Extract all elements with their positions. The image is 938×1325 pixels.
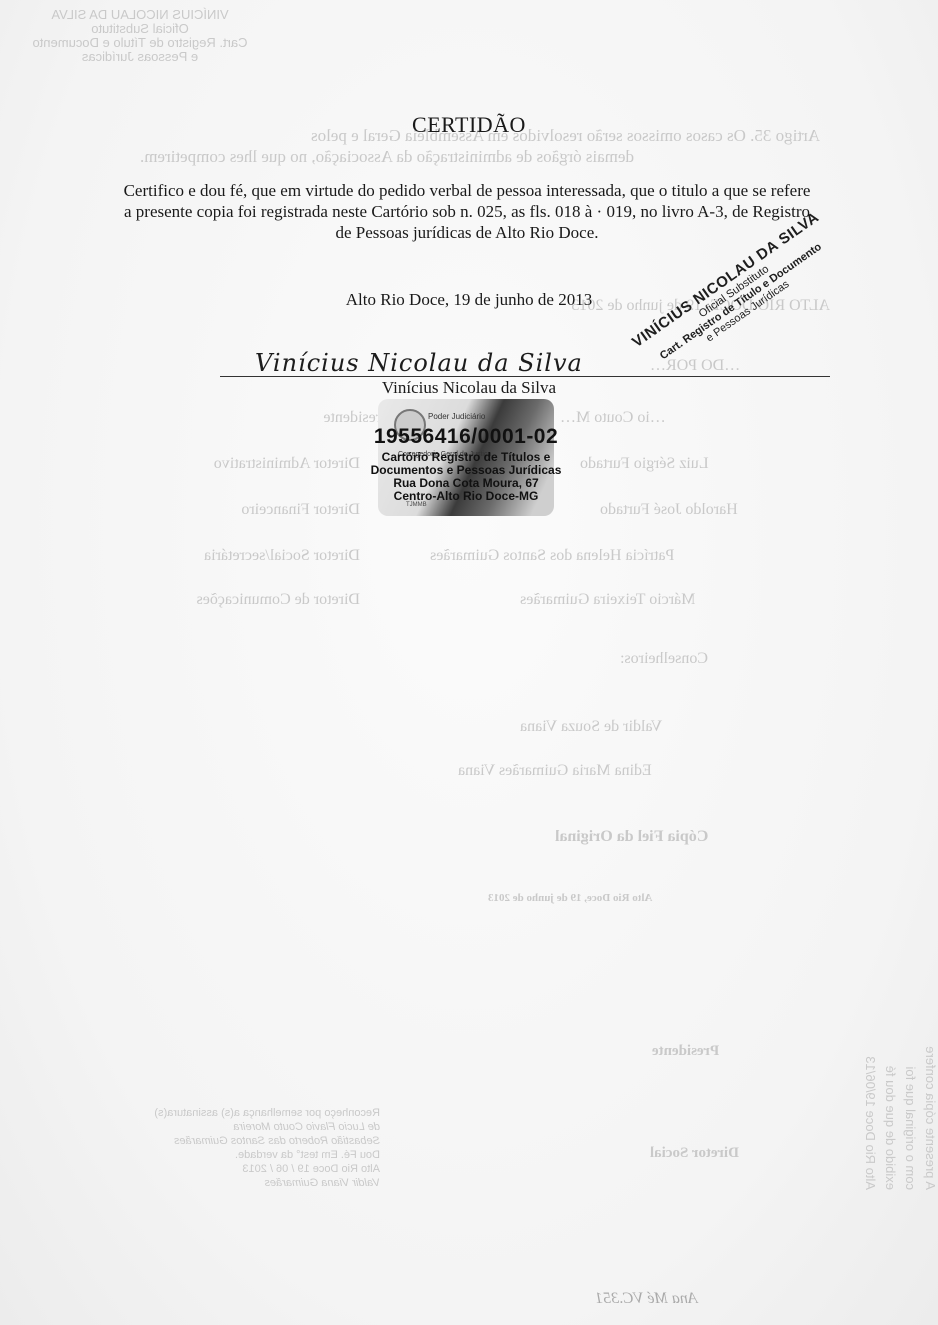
ghost-council-member: Valdir de Souza Viana bbox=[520, 718, 662, 736]
ghost-recognition-stamp: Reconheço por semelhança a(s) assinatura… bbox=[40, 1106, 380, 1190]
ghost-side-note-line: exibido de que dou fé bbox=[880, 930, 900, 1190]
ghost-stamp-line: e Pessoas Jurídicas bbox=[10, 50, 270, 64]
ghost-stamp-line: VINÍCIUS NICOLAU DA SILVA bbox=[10, 8, 270, 22]
ghost-board-name: Patrícia Helena dos Santos Guimarães bbox=[430, 547, 740, 565]
ghost-side-note-line: A presente cópia confere bbox=[920, 930, 938, 1190]
ghost-board-name: Luiz Sérgio Furtado bbox=[580, 455, 840, 473]
certificate-body: Certifico e dou fé, que em virtude do pe… bbox=[122, 180, 812, 243]
document-page: VINÍCIUS NICOLAU DA SILVA Oficial Substi… bbox=[0, 0, 938, 1325]
ghost-board-role: Diretor de Comunicações bbox=[150, 591, 360, 609]
ghost-stamp-top-left: VINÍCIUS NICOLAU DA SILVA Oficial Substi… bbox=[10, 8, 270, 64]
seal-line: Cartório Registro de Títulos e bbox=[334, 450, 598, 464]
ghost-copy-date: Alto Rio Doce, 19 de junho de 2013 bbox=[488, 892, 652, 904]
seal-line: Rua Dona Cota Moura, 67 bbox=[334, 476, 598, 490]
seal-top-label: Poder Judiciário bbox=[428, 412, 485, 421]
ghost-side-note-line: com o original que foi bbox=[900, 930, 920, 1190]
ghost-recognition-line: Dou Fé. Em test° da verdade. bbox=[40, 1148, 380, 1162]
seal-line: Documentos e Pessoas Jurídicas bbox=[334, 463, 598, 477]
notary-seal: Poder Judiciário Corregedoria Geral de J… bbox=[378, 399, 554, 516]
ghost-recognition-line: de Lucio Flavio Couto Moreira bbox=[40, 1120, 380, 1134]
ghost-board-name: Haroldo José Furtado bbox=[600, 501, 820, 519]
ghost-council-heading: Conselheiros: bbox=[620, 650, 708, 668]
place-date: Alto Rio Doce, 19 de junho de 2013 bbox=[0, 290, 938, 310]
ghost-board-role: Diretor Financeiro bbox=[190, 501, 360, 519]
ghost-board-name: Márcio Teixeira Guimarães bbox=[520, 591, 740, 609]
ghost-recognition-line: Valdir Viana Guimarães bbox=[40, 1176, 380, 1190]
handwritten-signature: Vinícius Nicolau da Silva bbox=[255, 349, 583, 377]
ghost-board-role: Diretor Social/secretária bbox=[150, 547, 360, 565]
ghost-council-member: Edina Maria Guimarães Viana bbox=[458, 762, 652, 780]
ghost-copy-note: Cópia Fiel da Original bbox=[555, 828, 708, 846]
signer-name: Vinícius Nicolau da Silva bbox=[0, 378, 938, 398]
seal-bottom-label: TJMMB bbox=[406, 502, 427, 508]
ghost-handwriting: Ana Mé VC.351 bbox=[595, 1290, 698, 1308]
ghost-side-note-line: Alto Rio Doce 19/06/13 bbox=[860, 930, 880, 1190]
seal-line: Centro-Alto Rio Doce-MG bbox=[334, 489, 598, 503]
ghost-recognition-line: Sebastião Roberto das Santos Guimarães bbox=[40, 1134, 380, 1148]
document-title: CERTIDÃO bbox=[0, 112, 938, 138]
ghost-side-note: A presente cópia confere com o original … bbox=[860, 930, 938, 1190]
ghost-recognition-line: Reconheço por semelhança a(s) assinatura… bbox=[40, 1106, 380, 1120]
ghost-board-name: …io Couto M… bbox=[560, 409, 820, 427]
ghost-article-line: demais órgãos de administração da Associ… bbox=[140, 146, 820, 167]
signature-line bbox=[220, 376, 830, 377]
ghost-board-role: Diretor Administrativo bbox=[160, 455, 360, 473]
ghost-stamp-line: Oficial Substituto bbox=[10, 22, 270, 36]
ghost-stamp-line: Cart. Registro de Título e Documento bbox=[10, 36, 270, 50]
ghost-signature-label: Presidente bbox=[652, 1043, 719, 1060]
ghost-recognition-line: Alto Rio Doce 19 / 06 / 2013 bbox=[40, 1162, 380, 1176]
ghost-signature-label: Diretor Social bbox=[650, 1145, 739, 1162]
seal-cnpj-number: 19556416/0001-02 bbox=[334, 425, 598, 449]
